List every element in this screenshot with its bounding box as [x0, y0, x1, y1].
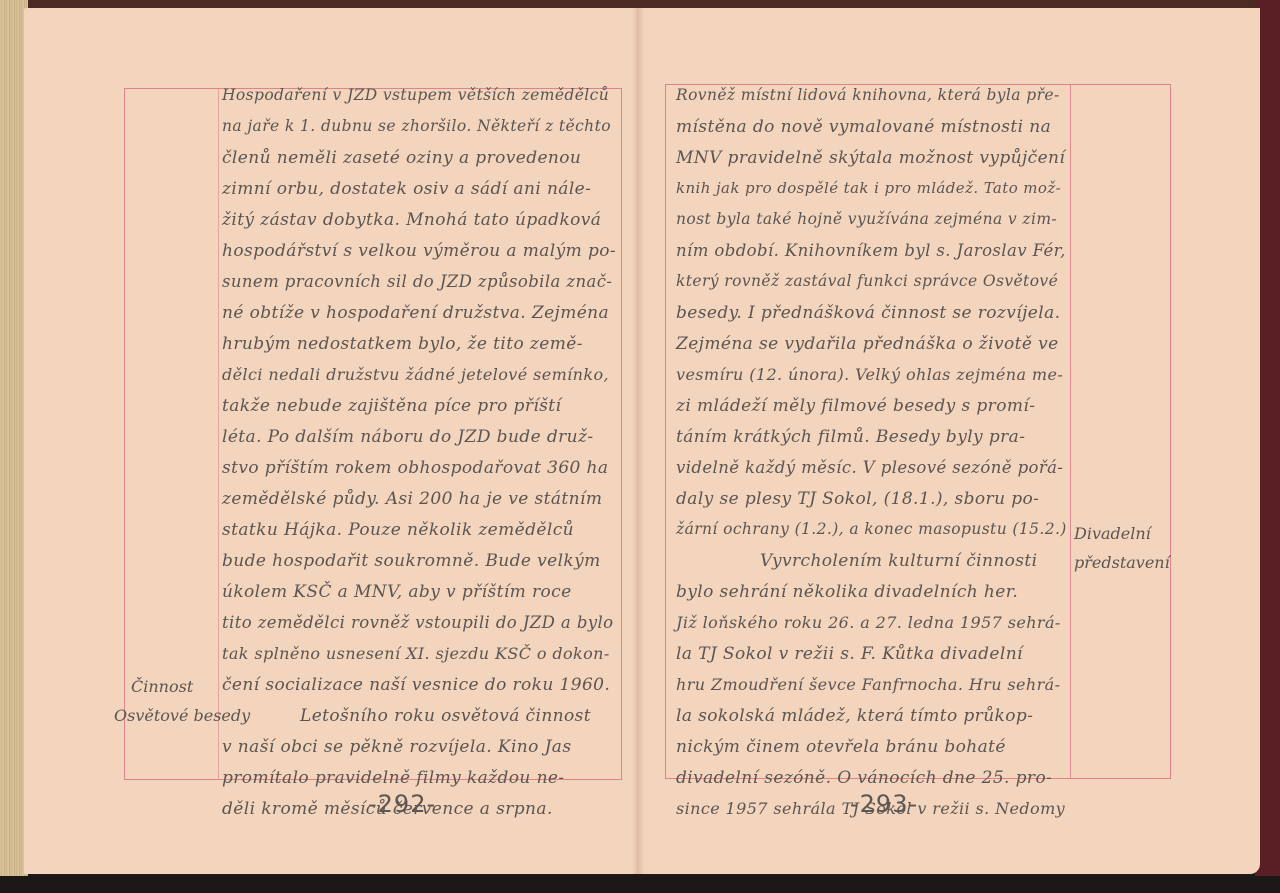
- text-line: daly se plesy TJ Sokol, (18.1.), sboru p…: [676, 489, 1039, 509]
- margin-note: Činnost: [131, 677, 193, 696]
- text-line: la sokolská mládež, která tímto průkop-: [676, 706, 1033, 726]
- text-line: Již loňského roku 26. a 27. ledna 1957 s…: [676, 613, 1061, 632]
- text-line: dělci nedali družstvu žádné jetelové sem…: [222, 365, 609, 384]
- text-line: čení socializace naší vesnice do roku 19…: [222, 675, 610, 695]
- text-line: stvo příštím rokem obhospodařovat 360 ha: [222, 458, 608, 478]
- margin-note: Osvětové besedy: [114, 706, 250, 725]
- text-line: místěna do nově vymalované místnosti na: [676, 117, 1051, 137]
- text-line: táním krátkých filmů. Besedy byly pra-: [676, 427, 1025, 447]
- text-line: bylo sehrání několika divadelních her.: [676, 582, 1018, 602]
- text-line: členů neměli zaseté oziny a provedenou: [222, 148, 581, 168]
- text-line: tak splněno usnesení XI. sjezdu KSČ o do…: [222, 644, 610, 663]
- text-line: nickým činem otevřela bránu bohaté: [676, 737, 1006, 757]
- text-line: videlně každý měsíc. V plesové sezóně po…: [676, 458, 1063, 477]
- text-line: hru Zmoudření ševce Fanfrnocha. Hru sehr…: [676, 675, 1060, 694]
- text-line: na jaře k 1. dubnu se zhoršilo. Někteří …: [222, 117, 611, 135]
- text-line: který rovněž zastával funkci správce Osv…: [676, 272, 1058, 290]
- text-line: úkolem KSČ a MNV, aby v příštím roce: [222, 582, 572, 602]
- text-line: tito zemědělci rovněž vstoupili do JZD a…: [222, 613, 614, 632]
- open-book: Hospodaření v JZD vstupem větších zemědě…: [0, 0, 1280, 893]
- margin-note: Divadelní: [1074, 524, 1151, 543]
- text-line: besedy. I přednášková činnost se rozvíje…: [676, 303, 1060, 323]
- text-line: Hospodaření v JZD vstupem větších zemědě…: [222, 86, 609, 104]
- text-line: ním období. Knihovníkem byl s. Jaroslav …: [676, 241, 1066, 260]
- text-line: sunem pracovních sil do JZD způsobila zn…: [222, 272, 612, 291]
- text-line: né obtíže v hospodaření družstva. Zejmén…: [222, 303, 609, 323]
- book-cover-top: [0, 0, 1280, 8]
- text-line: v naší obci se pěkně rozvíjela. Kino Jas: [222, 737, 571, 757]
- text-line: hrubým nedostatkem bylo, že tito země-: [222, 334, 583, 354]
- text-line: zimní orbu, dostatek osiv a sádí ani nál…: [222, 179, 591, 199]
- text-line: la TJ Sokol v režii s. F. Kůtka divadeln…: [676, 644, 1023, 664]
- text-line: nost byla také hojně využívána zejména v…: [676, 210, 1057, 228]
- text-line: žární ochrany (1.2.), a konec masopustu …: [676, 520, 1067, 538]
- text-line: vesmíru (12. února). Velký ohlas zejména…: [676, 365, 1063, 384]
- text-line: Vyvrcholením kulturní činnosti: [760, 551, 1038, 571]
- text-line: takže nebude zajištěna píce pro příští: [222, 396, 561, 416]
- text-line: knih jak pro dospělé tak i pro mládež. T…: [676, 179, 1061, 197]
- text-line: divadelní sezóně. O vánocích dne 25. pro…: [676, 768, 1052, 788]
- text-line: bude hospodařit soukromně. Bude velkým: [222, 551, 601, 571]
- margin-note: představení: [1074, 553, 1170, 572]
- text-line: žitý zástav dobytka. Mnohá tato úpadková: [222, 210, 601, 230]
- text-line: Rovněž místní lidová knihovna, která byl…: [676, 86, 1060, 104]
- page-number-left: -292-: [368, 790, 436, 818]
- page-number-right: -293-: [850, 790, 918, 818]
- right-margin-rule: [1070, 85, 1071, 778]
- text-line: Letošního roku osvětová činnost: [300, 706, 591, 726]
- left-margin-rule: [218, 89, 219, 779]
- scan-bottom-shadow: [0, 876, 1280, 893]
- text-line: Zejména se vydařila přednáška o životě v…: [676, 334, 1059, 354]
- text-line: promítalo pravidelně filmy každou ne-: [222, 768, 565, 788]
- text-line: hospodářství s velkou výměrou a malým po…: [222, 241, 616, 261]
- text-line: léta. Po dalším náboru do JZD bude druž-: [222, 427, 594, 447]
- text-line: MNV pravidelně skýtala možnost vypůjčení: [676, 148, 1065, 168]
- book-gutter: [632, 8, 644, 874]
- text-line: zemědělské půdy. Asi 200 ha je ve státní…: [222, 489, 602, 509]
- text-line: zi mládeží měly filmové besedy s promí-: [676, 396, 1035, 416]
- text-line: statku Hájka. Pouze několik zemědělců: [222, 520, 574, 540]
